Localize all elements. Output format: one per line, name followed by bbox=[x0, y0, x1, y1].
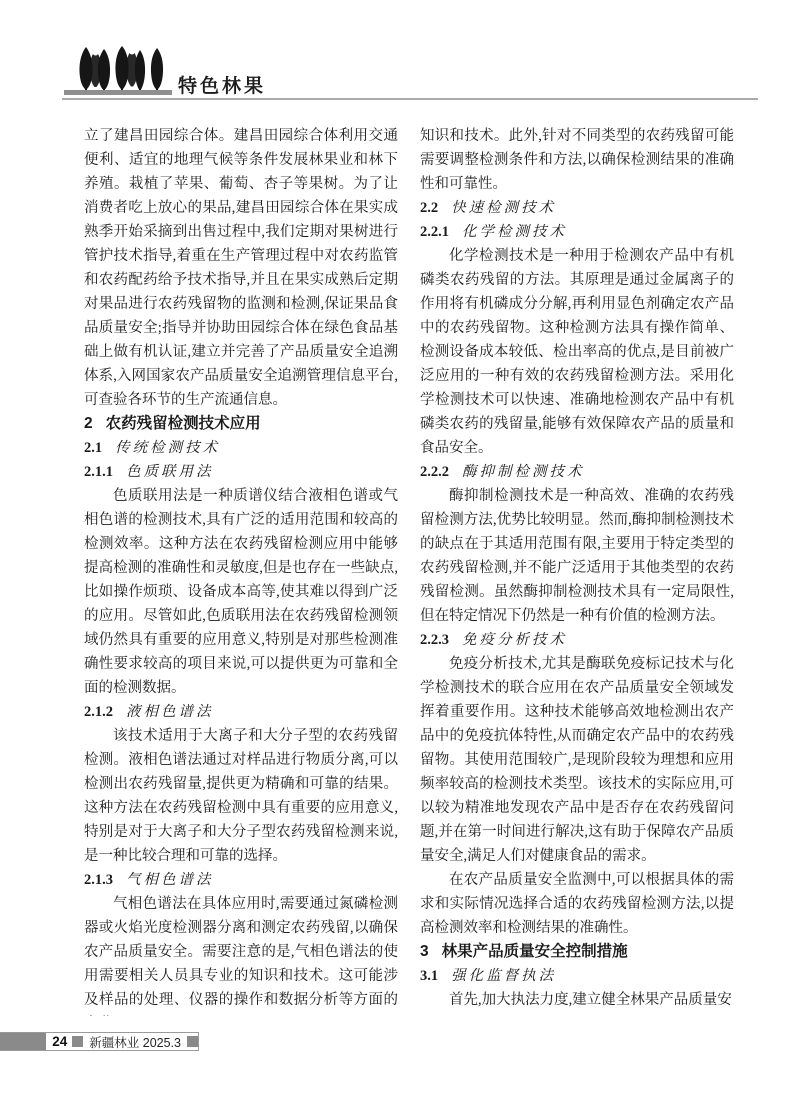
trees-base-bar bbox=[64, 90, 172, 95]
section-heading: 2农药残留检测技术应用 bbox=[84, 412, 398, 436]
footer-square-icon bbox=[72, 1036, 83, 1047]
page-footer: 24 新疆林业 2025.3 bbox=[0, 1032, 199, 1051]
text-column-right: 知识和技术。此外,针对不同类型的农药残留可能需要调整检测条件和方法,以确保检测结… bbox=[420, 124, 734, 1016]
footer-square-icon bbox=[187, 1036, 198, 1047]
paragraph: 立了建昌田园综合体。建昌田园综合体利用交通便利、适宜的地理气候等条件发展林果业和… bbox=[84, 124, 398, 412]
heading-title: 液相色谱法 bbox=[126, 704, 214, 720]
paragraph: 在农产品质量安全监测中,可以根据具体的需求和实际情况选择合适的农药残留检测方法,… bbox=[420, 868, 734, 940]
heading-number: 2.2.1 bbox=[420, 224, 449, 240]
paragraph: 该技术适用于大离子和大分子型的农药残留检测。液相色谱法通过对样品进行物质分离,可… bbox=[84, 724, 398, 868]
heading-title: 传统检测技术 bbox=[115, 440, 220, 456]
heading-title: 化学检测技术 bbox=[462, 224, 567, 240]
paragraph: 色质联用法是一种质谱仪结合液相色谱或气相色谱的检测技术,具有广泛的适用范围和较高… bbox=[84, 484, 398, 700]
heading-number: 2.1.3 bbox=[84, 872, 113, 888]
journal-issue-label: 新疆林业 2025.3 bbox=[89, 1033, 181, 1051]
section-label: 特色林果 bbox=[178, 71, 266, 98]
heading-title: 林果产品质量安全控制措施 bbox=[442, 943, 628, 960]
paragraph: 首先,加大执法力度,建立健全林果产品质量安 bbox=[420, 988, 734, 1012]
page-number: 24 bbox=[52, 1034, 67, 1049]
heading-title: 色质联用法 bbox=[126, 464, 214, 480]
heading-title: 免疫分析技术 bbox=[462, 632, 567, 648]
heading-title: 快速检测技术 bbox=[451, 200, 556, 216]
paragraph: 化学检测技术是一种用于检测农产品中有机磷类农药残留的方法。其原理是通过金属离子的… bbox=[420, 244, 734, 460]
heading-number: 2.1 bbox=[84, 440, 102, 456]
heading-number: 2.2 bbox=[420, 200, 438, 216]
heading-number: 2.1.2 bbox=[84, 704, 113, 720]
section-heading: 3.1强化监督执法 bbox=[420, 964, 734, 988]
heading-title: 强化监督执法 bbox=[451, 968, 556, 984]
footer-bar bbox=[0, 1033, 46, 1050]
heading-number: 2 bbox=[84, 415, 93, 432]
paragraph: 免疫分析技术,尤其是酶联免疫标记技术与化学检测技术的联合应用在农产品质量安全领域… bbox=[420, 652, 734, 868]
paragraph: 知识和技术。此外,针对不同类型的农药残留可能需要调整检测条件和方法,以确保检测结… bbox=[420, 124, 734, 196]
heading-title: 气相色谱法 bbox=[126, 872, 214, 888]
header-rule bbox=[62, 98, 758, 100]
journal-page: 特色林果 立了建昌田园综合体。建昌田园综合体利用交通便利、适宜的地理气候等条件发… bbox=[0, 0, 805, 1099]
trees-icon bbox=[76, 46, 168, 92]
heading-title: 酶抑制检测技术 bbox=[462, 464, 585, 480]
section-heading: 2.1.1色质联用法 bbox=[84, 460, 398, 484]
text-column-left: 立了建昌田园综合体。建昌田园综合体利用交通便利、适宜的地理气候等条件发展林果业和… bbox=[84, 124, 398, 1016]
heading-number: 3.1 bbox=[420, 968, 438, 984]
section-heading: 2.1传统检测技术 bbox=[84, 436, 398, 460]
heading-number: 2.2.2 bbox=[420, 464, 449, 480]
section-heading: 2.2.2酶抑制检测技术 bbox=[420, 460, 734, 484]
section-heading: 3林果产品质量安全控制措施 bbox=[420, 940, 734, 964]
page-header: 特色林果 bbox=[0, 0, 805, 100]
heading-number: 2.1.1 bbox=[84, 464, 113, 480]
section-heading: 2.2.3免疫分析技术 bbox=[420, 628, 734, 652]
heading-number: 3 bbox=[420, 943, 429, 960]
section-heading: 2.1.3气相色谱法 bbox=[84, 868, 398, 892]
paragraph: 气相色谱法在具体应用时,需要通过氮磷检测器或火焰光度检测器分离和测定农药残留,以… bbox=[84, 892, 398, 1016]
paragraph: 酶抑制检测技术是一种高效、准确的农药残留检测方法,优势比较明显。然而,酶抑制检测… bbox=[420, 484, 734, 628]
heading-title: 农药残留检测技术应用 bbox=[106, 415, 261, 432]
heading-number: 2.2.3 bbox=[420, 632, 449, 648]
section-heading: 2.2.1化学检测技术 bbox=[420, 220, 734, 244]
section-heading: 2.2快速检测技术 bbox=[420, 196, 734, 220]
section-heading: 2.1.2液相色谱法 bbox=[84, 700, 398, 724]
